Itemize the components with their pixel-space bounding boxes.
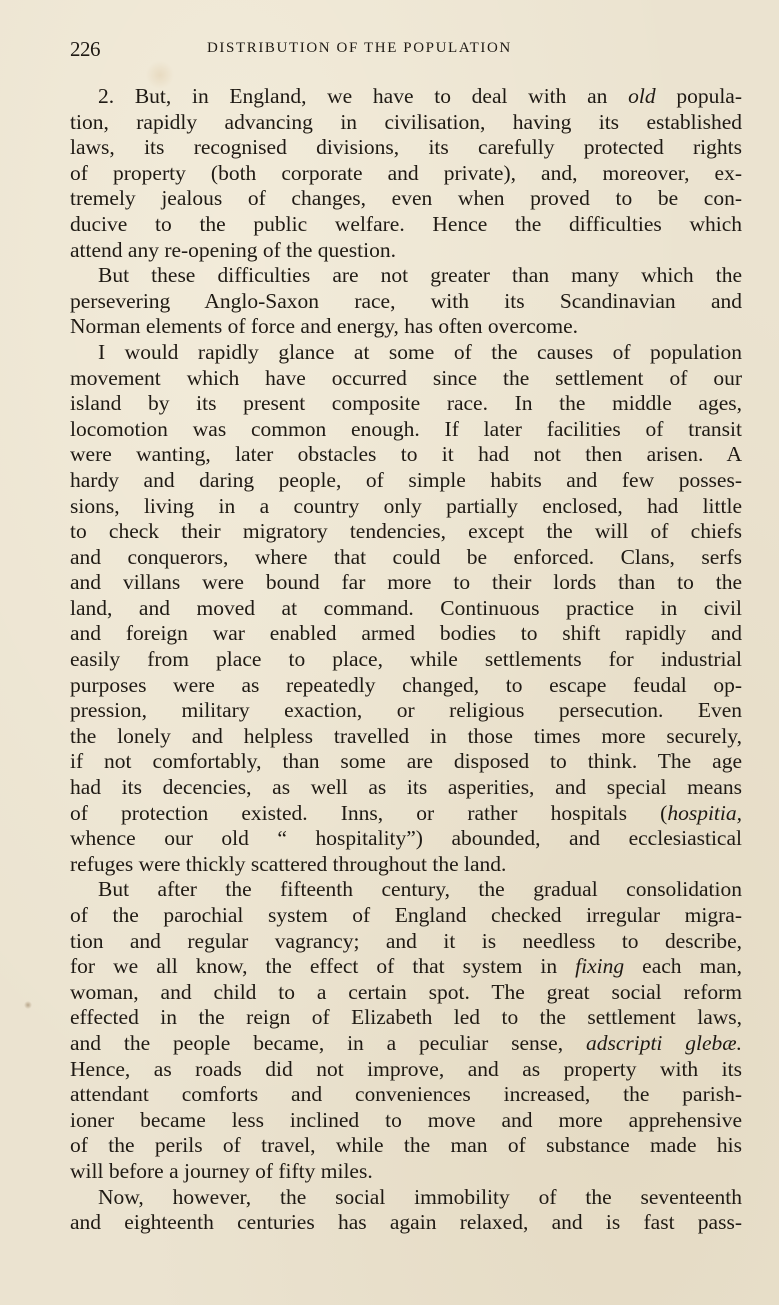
text-line: to check their migratory tendencies, exc… (70, 519, 742, 545)
italic-term: fixing (575, 954, 624, 978)
text-line: effected in the reign of Elizabeth led t… (70, 1005, 742, 1031)
page-number: 226 (70, 37, 100, 62)
text-line: if not comfortably, than some are dispos… (70, 749, 742, 775)
text-line: pression, military exaction, or religiou… (70, 698, 742, 724)
text-line: of the perils of travel, while the man o… (70, 1133, 742, 1159)
text-line: island by its present composite race. In… (70, 391, 742, 417)
text-line: locomotion was common enough. If later f… (70, 417, 742, 443)
body-text: 2. But, in England, we have to deal with… (70, 84, 742, 1236)
text-line: woman, and child to a certain spot. The … (70, 980, 742, 1006)
text-line: ducive to the public welfare. Hence the … (70, 212, 742, 238)
text-line: and villans were bound far more to their… (70, 570, 742, 596)
text-line: attend any re-opening of the question. (70, 238, 742, 264)
text-line: tion and regular vagrancy; and it is nee… (70, 929, 742, 955)
text-line: persevering Anglo-Saxon race, with its S… (70, 289, 742, 315)
paragraph: But after the fifteenth century, the gra… (70, 877, 742, 1184)
text-line: Now, however, the social immobility of t… (70, 1185, 742, 1211)
text-line: were wanting, later obstacles to it had … (70, 442, 742, 468)
text-line: tion, rapidly advancing in civilisation,… (70, 110, 742, 136)
text-line: of property (both corporate and private)… (70, 161, 742, 187)
text-line: hardy and daring people, of simple habit… (70, 468, 742, 494)
paragraph: 2. But, in England, we have to deal with… (70, 84, 742, 263)
text-line: and eighteenth centuries has again relax… (70, 1210, 742, 1236)
text-line: for we all know, the effect of that syst… (70, 954, 742, 980)
text-line: and conquerors, where that could be enfo… (70, 545, 742, 571)
text-line: and foreign war enabled armed bodies to … (70, 621, 742, 647)
text-line: will before a journey of fifty miles. (70, 1159, 742, 1185)
running-title: DISTRIBUTION OF THE POPULATION (207, 40, 512, 57)
text-line: Hence, as roads did not improve, and as … (70, 1057, 742, 1083)
text-line: sions, living in a country only partiall… (70, 494, 742, 520)
paragraph: Now, however, the social immobility of t… (70, 1185, 742, 1236)
italic-term: old (628, 84, 655, 108)
text-line: 2. But, in England, we have to deal with… (70, 84, 742, 110)
book-page: 226 DISTRIBUTION OF THE POPULATION 2. Bu… (70, 30, 742, 1236)
text-line: of the parochial system of England check… (70, 903, 742, 929)
text-line: and the people became, in a peculiar sen… (70, 1031, 742, 1057)
text-line: movement which have occurred since the s… (70, 366, 742, 392)
paragraph: I would rapidly glance at some of the ca… (70, 340, 742, 877)
text-line: of protection existed. Inns, or rather h… (70, 801, 742, 827)
italic-term: adscripti glebæ. (586, 1031, 742, 1055)
text-line: attendant comforts and conveniences incr… (70, 1082, 742, 1108)
text-line: purposes were as repeatedly changed, to … (70, 673, 742, 699)
text-line: But after the fifteenth century, the gra… (70, 877, 742, 903)
text-line: had its decencies, as well as its asperi… (70, 775, 742, 801)
text-line: laws, its recognised divisions, its care… (70, 135, 742, 161)
italic-term: hospitia, (667, 801, 742, 825)
text-line: the lonely and helpless travelled in tho… (70, 724, 742, 750)
text-line: But these difficulties are not greater t… (70, 263, 742, 289)
text-line: land, and moved at command. Continuous p… (70, 596, 742, 622)
text-line: tremely jealous of changes, even when pr… (70, 186, 742, 212)
text-line: whence our old “ hospitality”) abounded,… (70, 826, 742, 852)
text-line: ioner became less inclined to move and m… (70, 1108, 742, 1134)
running-head: 226 DISTRIBUTION OF THE POPULATION (70, 30, 742, 64)
text-line: Norman elements of force and energy, has… (70, 314, 742, 340)
paragraph: But these difficulties are not greater t… (70, 263, 742, 340)
text-line: refuges were thickly scattered throughou… (70, 852, 742, 878)
text-line: easily from place to place, while settle… (70, 647, 742, 673)
text-line: I would rapidly glance at some of the ca… (70, 340, 742, 366)
